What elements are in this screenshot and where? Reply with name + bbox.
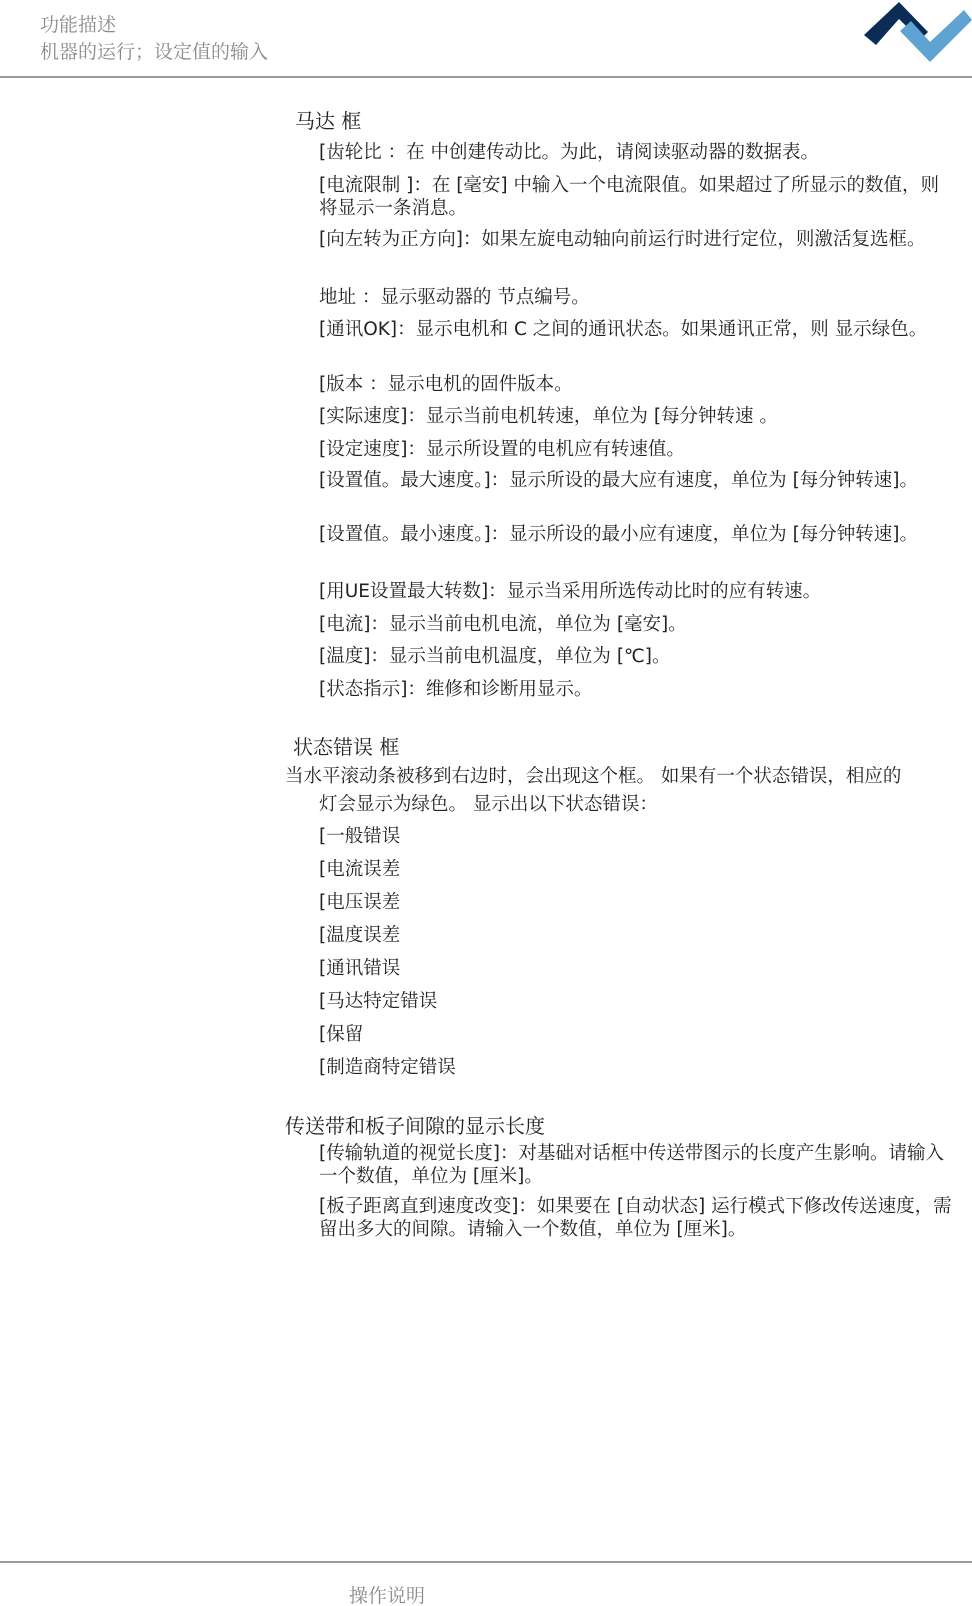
motor-item-current-limit: [电流限制 ]：在 [毫安] 中输入一个电流限值。如果超过了所显示的数值，则将显… xyxy=(319,174,954,220)
motor-item-comm-ok: [通讯OK]：显示电机和 C 之间的通讯状态。如果通讯正常，则 显示绿色。 xyxy=(319,318,954,341)
header-divider xyxy=(0,76,972,78)
conveyor-item-board-distance: [板子距离直到速度改变]：如果要在 [自动状态] 运行模式下修改传送速度，需留出… xyxy=(319,1195,954,1241)
motor-item-version: [版本 ：显示电机的固件版本。 xyxy=(319,373,954,396)
motor-item-left-positive: [向左转为正方向]：如果左旋电动轴向前运行时进行定位，则激活复选框。 xyxy=(319,228,954,251)
motor-item-set-speed: [设定速度]：显示所设置的电机应有转速值。 xyxy=(319,438,954,461)
motor-item-max-speed: [设置值。最大速度。]：显示所设的最大应有速度，单位为 [每分钟转速]。 xyxy=(319,469,954,492)
status-error-heading: 状态错误 框 xyxy=(293,731,399,760)
motor-item-ue-max-rpm: [用UE设置最大转数]：显示当采用所选传动比时的应有转速。 xyxy=(319,580,954,603)
error-item: [电流误差 xyxy=(319,858,954,881)
page-header: 功能描述 机器的运行；设定值的输入 xyxy=(0,0,972,77)
error-item: [通讯错误 xyxy=(319,957,954,980)
section-title: 机器的运行；设定值的输入 xyxy=(40,37,268,64)
chapter-title: 功能描述 xyxy=(40,10,116,37)
error-item: [电压误差 xyxy=(319,891,954,914)
error-item: [马达特定错误 xyxy=(319,990,954,1013)
company-logo-icon xyxy=(864,0,972,66)
motor-item-actual-speed: [实际速度]：显示当前电机转速，单位为 [每分钟转速 。 xyxy=(319,405,954,428)
footer-divider xyxy=(0,1561,972,1563)
error-item: [保留 xyxy=(319,1023,954,1046)
conveyor-heading: 传送带和板子间隙的显示长度 xyxy=(285,1110,545,1139)
motor-item-min-speed: [设置值。最小速度。]：显示所设的最小应有速度，单位为 [每分钟转速]。 xyxy=(319,523,954,546)
motor-item-current: [电流]：显示当前电机电流，单位为 [毫安]。 xyxy=(319,613,954,636)
status-error-intro: 当水平滚动条被移到右边时，会出现这个框。 如果有一个状态错误，相应的 灯会显示为… xyxy=(285,763,955,819)
footer-label: 操作说明 xyxy=(349,1581,425,1606)
conveyor-item-visual-length: [传输轨道的视觉长度]：对基础对话框中传送带图示的长度产生影响。请输入一个数值，… xyxy=(319,1142,954,1188)
error-item: [温度误差 xyxy=(319,924,954,947)
motor-item-temperature: [温度]：显示当前电机温度，单位为 [℃]。 xyxy=(319,645,954,668)
status-error-intro-line2: 灯会显示为绿色。 显示出以下状态错误： xyxy=(285,791,955,819)
error-item: [制造商特定错误 xyxy=(319,1056,954,1079)
status-error-intro-line1: 当水平滚动条被移到右边时，会出现这个框。 如果有一个状态错误，相应的 xyxy=(285,766,901,787)
motor-item-status-indicator: [状态指示]：维修和诊断用显示。 xyxy=(319,678,954,701)
motor-item-gear-ratio: [齿轮比 ：在 中创建传动比。为此，请阅读驱动器的数据表。 xyxy=(319,141,954,164)
error-item: [一般错误 xyxy=(319,825,954,848)
motor-box-heading: 马达 框 xyxy=(295,105,361,134)
motor-item-address: 地址 ：显示驱动器的 节点编号。 xyxy=(319,286,954,309)
